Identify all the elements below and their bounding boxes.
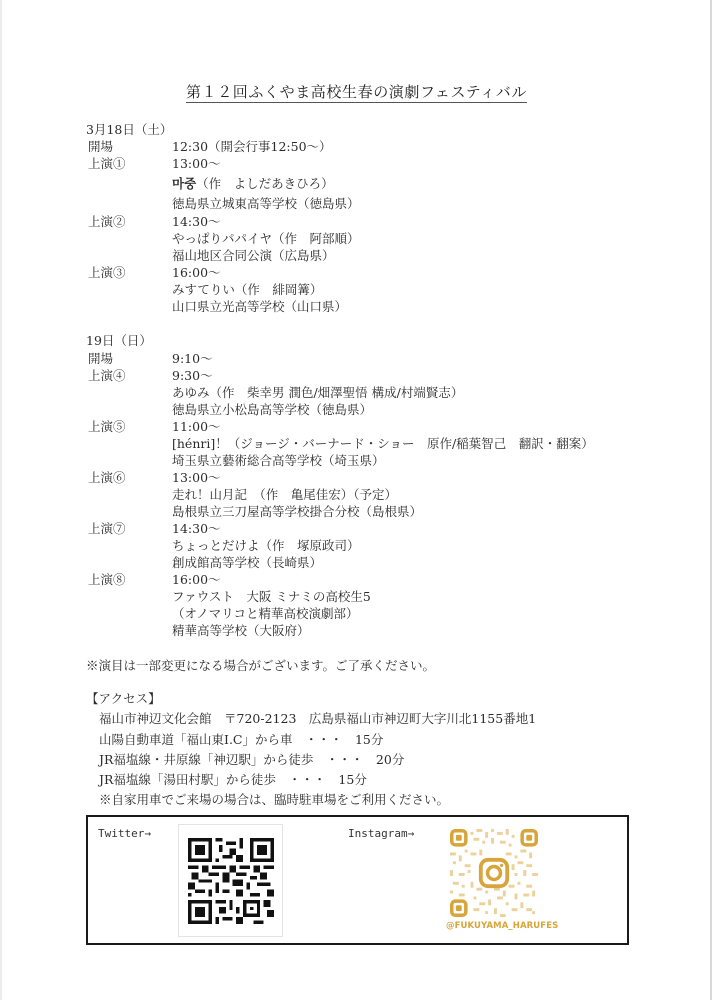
performance-label: 上演⑥ [88,469,126,486]
performance-time: 14:30～ [172,213,221,230]
day2-opening-time: 9:10～ [172,350,213,367]
performance-label: 上演⑧ [88,571,126,588]
instagram-qr-code[interactable]: @FUKUYAMA_HARUFES [446,829,546,933]
day1-opening-label: 開場 [88,138,113,155]
page-title: 第１２回ふくやま高校生春の演劇フェスティバル [186,82,527,103]
play-title: 마중 [172,176,196,191]
performance-label: 上演② [88,213,126,230]
access-line: JR福塩線「湯田村駅」から徒歩 ・・・ 15分 [99,771,367,788]
performance-label: 上演① [88,155,126,172]
sns-box: Twitter→ Instagram→ [86,815,629,945]
performance-time: 11:00～ [172,418,221,435]
play-credit: （作 よしだあきひろ） [196,176,334,191]
performance-time: 16:00～ [172,264,221,281]
performance-label: 上演⑤ [88,418,126,435]
day2-opening-label: 開場 [88,350,113,367]
day1-date: 3月18日（土） [86,121,172,138]
performance-school: 精華高等学校（大阪府） [172,622,310,639]
performance-school: 福山地区合同公演（広島県） [172,247,335,264]
access-heading: 【アクセス】 [86,690,161,707]
notice-text: ※演目は一部変更になる場合がございます。ご了承ください。 [86,657,435,674]
day1-opening-time: 12:30（開会行事12:50～） [172,138,332,155]
performance-time: 14:30～ [172,520,221,537]
performance-play: ちょっとだけよ（作 塚原政司） [172,537,360,554]
performance-label: 上演⑦ [88,520,126,537]
access-line: JR福塩線・井原線「神辺駅」から徒歩 ・・・ 20分 [99,751,404,768]
performance-school: 徳島県立小松島高等学校（徳島県） [172,401,372,418]
qr-code-icon [188,837,274,925]
performance-school: 山口県立光高等学校（山口県） [172,298,347,315]
performance-play: あゆみ（作 柴幸男 潤色/畑澤聖悟 構成/村端賢志） [172,384,463,401]
twitter-label: Twitter→ [98,827,151,840]
performance-time: 16:00～ [172,571,221,588]
twitter-qr-code[interactable] [178,824,283,937]
performance-label: 上演④ [88,367,126,384]
performance-play: やっぱりパパイヤ（作 阿部順） [172,230,360,247]
performance-time: 9:30～ [172,367,213,384]
day2-date: 19日（日） [86,332,152,349]
performance-school: 埼玉県立藝術総合高等学校（埼玉県） [172,452,385,469]
performance-play: [hénri]！（ジョージ・バーナード・ショー 原作/稲葉智己 翻訳・翻案） [172,435,594,452]
instagram-handle: @FUKUYAMA_HARUFES [446,921,558,931]
performance-label: 上演③ [88,264,126,281]
performance-school: 創成館高等学校（長崎県） [172,554,322,571]
performance-play: みすてりい（作 緋岡篝） [172,281,322,298]
instagram-label: Instagram→ [348,827,414,840]
performance-play: 走れ！山月記 （作 亀尾佳宏）（予定） [172,486,397,503]
performance-play-line2: （オノマリコと精華高校演劇部） [172,605,359,622]
performance-play: ファウスト 大阪 ミナミの高校生5 [172,588,371,605]
instagram-qr-code-icon [450,829,538,917]
access-line: ※自家用車でご来場の場合は、臨時駐車場をご利用ください。 [99,791,449,808]
performance-time: 13:00～ [172,469,221,486]
access-line: 福山市神辺文化会館 〒720-2123 広島県福山市神辺町大字川北1155番地1 [99,710,536,727]
access-line: 山陽自動車道「福山東I.C」から車 ・・・ 15分 [99,731,383,748]
page-edge [0,0,2,1000]
performance-play: 마중（作 よしだあきひろ） [172,175,334,192]
performance-school: 島根県立三刀屋高等学校掛合分校（島根県） [172,503,422,520]
performance-school: 徳島県立城東高等学校（徳島県） [172,195,360,212]
performance-time: 13:00～ [172,155,221,172]
